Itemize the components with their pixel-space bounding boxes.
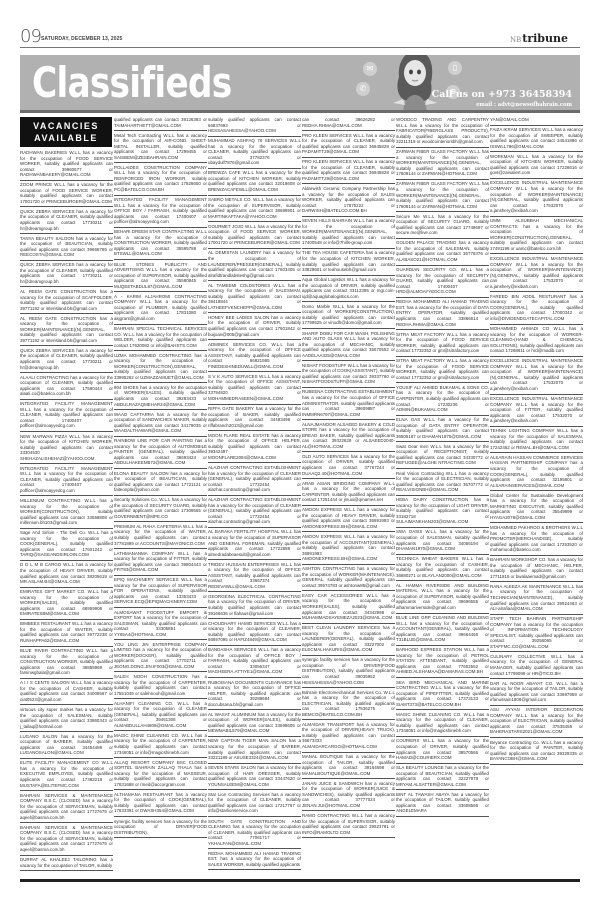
classified-ad: MOON FLARE REAL ESTATE has a vacancy for… — [208, 431, 301, 463]
classified-ad: BINT AL TAWASH ABAYA has a vacancy for t… — [396, 790, 489, 817]
classified-ad: 804 SHOES has a vacancy for the occupati… — [114, 383, 207, 410]
classified-ad: ASU AYYAN INTERIOR DECORATION COMPANY W.… — [490, 706, 583, 738]
classified-ad: REDHA MOHAMMED ALI HAMAD TRADING EST. ha… — [208, 849, 301, 870]
column-5: WOODCO TRADING AND CARPENTRY W.L.L has a… — [396, 117, 489, 873]
classified-ad: AL REEM GATE CONSTRUCTION has a vacancy … — [20, 287, 113, 314]
classified-ad: INTEGRATED FACILITY MANAGEMENT W.L.L has… — [20, 400, 113, 432]
classified-ad: ALHANIFI CLEANING CO. W.L.L has a vacanc… — [114, 699, 207, 731]
call-us-phone: Call us on +973 36458394 — [432, 89, 572, 100]
classified-ad: RANA ALEEZA AK MAINTENANCE W.L.L has a v… — [490, 582, 583, 614]
classified-ad: INTEGRATED FACILITY MANAGEMENT W.L.L has… — [114, 196, 207, 228]
classified-ad: ZARWAN FIBER GLASS FACTORY W.L.L has a v… — [396, 180, 489, 212]
classified-ad: RAINBOW LINE FOR CAR PAINTING has a vaca… — [114, 437, 207, 469]
classified-ad: Security Solutions Co. W.L.L has a vacan… — [114, 496, 207, 523]
envelope-icon: ✉ — [363, 62, 377, 76]
classified-ad: SHARIF DOBU FOR CAR WASH, POLISHING AND … — [302, 329, 395, 361]
classified-ad: SLA BEAUTY LOUNGE has a vacancy for the … — [396, 764, 489, 791]
classified-ad: PRO KLEEN SERVICES W.L.L has a vacancy f… — [302, 131, 395, 158]
classified-ad: Global Center for Sustainable Developmen… — [490, 491, 583, 523]
classified-ad: QUICK ZEBRA SERVICES has a vacancy for t… — [20, 207, 113, 234]
classified-ad: SEVEN HILLS BAHRAIN W.L.L has a vacancy … — [302, 217, 395, 249]
classified-ad: ALMOSAWAT FOODSTUFF EMPORT & EXPORT has … — [114, 608, 207, 640]
classified-ad: MILLENIUM CONTRACTING W.L.L has a vacanc… — [20, 496, 113, 528]
column-6: YAN@GMAIL.COMFAIZA IKRAM SERVICES W.L.L … — [490, 117, 583, 873]
classified-ad: GUARDIAN SECURITY CO. W.L.L has a vacanc… — [396, 266, 489, 298]
classified-ad: MUHAMMAD ASHFAQ 76 SERVICES W.L.L has a … — [208, 137, 301, 169]
classified-ad: BLUE LINE GRP CLEANING AND BUILDING W.L.… — [396, 614, 489, 646]
mobile-icon: ▯ — [448, 61, 462, 75]
logo-prefix: NB — [510, 36, 521, 44]
classified-ad: SOUTH GATE CONSTRUCTION AND CLEANING has… — [208, 817, 301, 849]
classified-ad: RIFFA GATE BAKERY has a vacancy for the … — [208, 405, 301, 432]
classified-ad: BAHRAIN WORKSHOP CO. has a vacancy for t… — [490, 556, 583, 583]
classified-ad: suitably qualified applicants can contac… — [208, 117, 301, 137]
column-1: RADHWAN BAKERIES W.L.L has a vacancy for… — [20, 150, 113, 873]
phone-icon: ✆ — [356, 82, 370, 96]
vacancies-available-label: VACANCIES AVAILABLE — [20, 117, 112, 147]
classified-ad: ARAB ASIAN BRIDGING COMPANY W.L.L has a … — [302, 479, 395, 506]
classified-ad: BEST CLEAN LAUNDRY SERVICES has a vacanc… — [302, 624, 395, 656]
classified-ad: SEA BIRD MECHANICAL AND MARINE CONTRACTI… — [396, 678, 489, 710]
classified-ad: TRIDEV HUSSAIN ENTERPRISES W.L.L has a v… — [208, 560, 301, 592]
classified-ad: SALEH NOOH CONSTRUCTION has a vacancy fo… — [114, 672, 207, 699]
classified-ad: S V K AUTO SERVICES W.L.L has a vacancy … — [208, 372, 301, 404]
classified-ad: EASY CAR ACCESSORIES W.L.L has a vacancy… — [302, 591, 395, 623]
classified-ad: ALAALI CONTRACTING has a vacancy for the… — [20, 373, 113, 400]
classified-ad: TANYA BEAUTY SALOON has a vacancy for th… — [20, 234, 113, 261]
classified-ad: virtuous city super market has a vacancy… — [20, 705, 113, 732]
classified-ad: Bahrain Electromechanical Services Co. W… — [302, 688, 395, 720]
classified-ad: Aqua Global Logistics W.L.L has a vacanc… — [302, 276, 395, 303]
page-header: 09 SATURDAY, DECEMBER 13, 2025 NBtribune — [20, 28, 580, 48]
classified-ad: UZMA MOHAMMED CONTRACTING has a vacancy … — [114, 351, 207, 383]
classified-ad: TECHNICA WHEAT BAKERS W.L.L has a vacanc… — [396, 555, 489, 582]
classified-ad: LUGANO SALON has a vacancy for the occup… — [20, 732, 113, 759]
classified-ad: THE TEA HOUSE CAFETERIA has a vacancy fo… — [302, 249, 395, 276]
classified-ad: YOU LING JIN ENTERPRISE COMPANY LIMITED … — [114, 640, 207, 672]
classified-ad: Real Vision Contracting W.L.L has a vaca… — [396, 469, 489, 496]
classified-ad: DAR AL NOOR ABAYAT CO. W.L.L has a vacan… — [490, 679, 583, 706]
classified-ad: WOODCO TRADING AND CARPENTRY W.L.L has a… — [396, 117, 489, 148]
classified-ad: AMOON EXPRESS W.L.L has a vacancy for th… — [302, 532, 395, 564]
classified-ad: MOHAMMED AHMADI CO W.L.L has a vacancy f… — [490, 325, 583, 357]
classified-ad: AL WASAT ALUMINIUM has a vacancy for the… — [208, 710, 301, 737]
classified-ad: SITRA MEAT FACTORY W.L.L has a vacancy f… — [396, 330, 489, 357]
classified-ad: AL HAMMA RIVERSIDE AND BUILDING MATERIAL… — [396, 581, 489, 613]
classified-ad: LATHMANANMA COMPANY W.L.L has a vacancy … — [114, 549, 207, 576]
classified-ad: BLUE RIVER CONTRACTING W.L.L has a vacan… — [20, 647, 113, 679]
classified-ad: PRO KLEEN SERVICES W.L.L has a vacancy f… — [302, 158, 395, 185]
classified-ad: A - KARIM ALJAHROMI CONTRACTING COMPANY … — [114, 292, 207, 324]
classified-ad: SABRO METALS CO. W.L.L has a vacancy for… — [208, 196, 301, 223]
classified-ad: ALAZHAR CONTRACTING ESTABLISHMENT has a … — [208, 463, 301, 495]
classified-ad: BEHARI DREEM STAR CONTRACTING W.L.L has … — [114, 228, 207, 260]
classified-ad: MAGIC SHINE CLEANING CO. W.L.L has a vac… — [396, 710, 489, 737]
classified-ad: ADMINEX SERVICES CO. W.L.L has a vacancy… — [208, 340, 301, 372]
classified-ad: EPIQ MACHINERY SERVICES W.L.L has a vaca… — [114, 576, 207, 608]
vacancies-label-line1: VACANCIES — [20, 120, 112, 132]
classified-ad: AL TAMEEMI COLDSTORES W.L.L has a vacanc… — [208, 281, 301, 313]
classified-ad: TEHNIK LIGHTING COMPANY W.L.L has a vaca… — [490, 427, 583, 454]
classified-ad: BREWZA CAFE W.L.L has a vacancy for the … — [208, 169, 301, 196]
classified-ad: FAIZA IKRAM SERVICES W.L.L has a vacancy… — [490, 126, 583, 153]
section-title: Classifieds — [32, 58, 231, 107]
classified-ad: EXCELLENCE INDUSTRIAL MAINTENANCE COMPAN… — [490, 395, 583, 427]
classified-ad: NEW MARWAN PIZZA W.L.L has a vacancy for… — [20, 432, 113, 464]
column-4: can contact 38626282 or REDHA.RHMA@GMAIL… — [302, 117, 395, 873]
classified-ad: CHOUDHARY HAMID SERVICES W.L.L has a vac… — [208, 619, 301, 646]
classified-ad: Domo Marble W.L.L has a vacancy for the … — [302, 302, 395, 329]
classified-ad: ZOOM PRINCE W.L.L has a vacancy for the … — [20, 181, 113, 208]
issue-date: SATURDAY, DECEMBER 13, 2025 — [41, 36, 122, 42]
classified-ad: synergic facility services has a vacancy… — [302, 656, 395, 688]
classified-ad: MAGIC SHINE CLEANING CO. W.L.L has a vac… — [114, 731, 207, 758]
classified-ad: PREMIUM AL RAHA CAFETERIA W.L.L has a va… — [114, 522, 207, 549]
classified-ad: Metal Tech Contracting W.L.L has a vacan… — [114, 131, 207, 163]
classified-ad: BIMBEES RESTAURANT W.L.L has a vacancy f… — [20, 620, 113, 647]
classified-ad: EXCELLENCE INDUSTRIAL MAINTENANCE COMPAN… — [490, 357, 583, 395]
classified-ad: NISHAT FOODSTUFF W.L.L has a vacancy for… — [302, 361, 395, 388]
classified-ad: ALAZHAR CONTRACTING ESTABLISHMENT has a … — [208, 496, 301, 528]
classified-ad: AL DEMISTAN LAUNDRY has a vacancy for th… — [208, 249, 301, 281]
classified-ad: ELONA BEAUTY SALOON has a vacancy for th… — [114, 469, 207, 496]
classified-ad: JANAN JUICE & SANDWICH has a vacancy for… — [302, 779, 395, 811]
classified-ad: synergic facility services has a vacancy… — [114, 817, 207, 838]
classified-ad: INTEGRATED FACILITY MANAGEMENT W.L.L has… — [20, 464, 113, 496]
classified-ad: ALTHAMANA RESTAURANT has a vacancy for t… — [114, 790, 207, 817]
classified-ad: D D L M B CARGO W.L.L has a vacancy for … — [20, 561, 113, 588]
classified-ad: Aldarwish Ceramic Company Partnership ha… — [302, 184, 395, 216]
classified-ad: MANAL BOUTIQUE has a vacancy for the occ… — [302, 753, 395, 780]
column-3: suitably qualified applicants can contac… — [208, 117, 301, 873]
classified-ad: REDHA MOHAMMED ALI HAMAD TRADING EST. ha… — [396, 298, 489, 330]
classified-ad: EMIRATES GIFT MARKET CO. W.L.L has a vac… — [20, 588, 113, 620]
classified-ad: BAHRAIN SPECIAL TECHNICAL SERVICES CO. W… — [114, 325, 207, 352]
classified-ad: QUICK ZEBRA SERVICES has a vacancy for t… — [20, 261, 113, 288]
classified-ad: WORKMAN W.L.L has a vacancy for the occu… — [490, 152, 583, 179]
classified-ad: EXCELLENCE INDUSTRIAL MAINTENANCE COMPAN… — [490, 254, 583, 292]
classified-ad: ALNAJMANOOR ALSAEED BAKERY & COLD STORE … — [302, 420, 395, 452]
classified-ad: ASHTON CONTRACTING has a vacancy for the… — [302, 565, 395, 592]
classified-ad: HEBA DAIRY CONSTRUCTION has a vacancy fo… — [396, 496, 489, 528]
classified-ad: WAAD CAFTARRA has a vacancy for the occu… — [114, 410, 207, 437]
classifieds-banner: Classifieds ✉ ✆ ▯ ⊕ Call us on +973 3645… — [20, 55, 580, 113]
classified-ad: GOURMET JOJO W.L.L has a vacancy for the… — [208, 222, 301, 249]
classified-ad: GOLDEN PALACE TRADING has a vacancy for … — [396, 239, 489, 266]
classified-ad: SWA OASIS W.L.L has a vacancy for the oc… — [396, 528, 489, 555]
classified-ad: can contact 38626282 or REDHA.RHMA@GMAIL… — [302, 117, 395, 131]
classified-ad: BARHOOD EXPRESS STATION W.L.L has a vaca… — [396, 646, 489, 678]
classified-ad: OLD AUTO SERVICES has a vacancy for the … — [302, 452, 395, 479]
classified-ad: UMM ALSUBBAH MECHANICAL CONTRACTS has a … — [490, 217, 583, 255]
classified-ad: AL BARAKA FERTILITY HOSPITAL W.L.L has a… — [208, 528, 301, 560]
classified-ad: BANDASHA SERVICES W.L.L has a vacancy fo… — [208, 646, 301, 678]
classified-ad: DURRAT AL KHALEEJ TAILORING has a vacanc… — [20, 856, 113, 872]
classified-ad: AMOON EXPRESS W.L.L has a vacancy for th… — [302, 506, 395, 533]
support-woman-illustration — [389, 55, 441, 113]
classified-ad: BAHRAIN SERVICES & MAINTENANCE COMPANY B… — [20, 823, 113, 855]
classified-ad: qualified applicants can contact 3912638… — [114, 117, 207, 131]
classified-ad: CULINARY COLLECTIVE W.L.L has a vacancy … — [490, 652, 583, 679]
classified-ad: YAN@GMAIL.COM — [490, 117, 583, 126]
page-number: 09 — [20, 26, 41, 47]
classified-ad: Sage And Sirloin - The Deli Co. W.L.L ha… — [20, 529, 113, 561]
classified-ad: ELITE FACILITY MANAGEMENT CO W.L.L has a… — [20, 759, 113, 791]
classified-ad: BAHRAIN SERVICES & MAINTENANCE COMPANY B… — [20, 791, 113, 823]
classified-ad: COURIERX W.L.L has a vacancy for the occ… — [396, 737, 489, 764]
classified-ad: MOHAMMED PAKHROO & BROTHERS W.L.L has a … — [490, 523, 583, 555]
classified-ad: SEVEN STARS SALON has a vacancy for the … — [208, 764, 301, 791]
bottom-divider — [20, 879, 580, 882]
classified-ad: ALSARAIN HASSAN COMMERCE SERVICES HASSAN… — [490, 453, 583, 491]
classified-ad: SITRA MEAT FACTORY W.L.L has a vacancy f… — [396, 357, 489, 384]
classified-ad: STAFF TECH BAHRAIN PARTNERSHIP COMPANY h… — [490, 615, 583, 653]
classified-columns: RADHWAN BAKERIES W.L.L has a vacancy for… — [20, 117, 580, 873]
classified-ad: Secure Me W.L.L has a vacancy for the oc… — [396, 212, 489, 239]
classified-ad: RUBOISANA DOCUMENTS CLEARANCE has a vaca… — [208, 678, 301, 710]
contact-email: email : advt@newsofbahrain.com — [476, 102, 572, 108]
classified-ad: AL REEM GATE CONSTRUCTION has a vacancy … — [20, 314, 113, 346]
classified-ad: RUBEENA CONTRACTING ESTABLISHMENT has a … — [302, 388, 395, 420]
publication-logo: NBtribune — [510, 32, 568, 45]
classified-ad: RADHWAN BAKERIES W.L.L has a vacancy for… — [20, 150, 113, 181]
classified-ad: Swat Gear men W.L.L has a vacancy for th… — [396, 442, 489, 469]
classified-ad: YOUSIF ALI AHMED BUKAMAL & SONS CO. has … — [396, 383, 489, 415]
classified-ad: GEORGEINA ELECTRICAL CONTRACTING has a v… — [208, 592, 301, 619]
column-2: qualified applicants can contact 3912638… — [114, 117, 207, 873]
classified-ad: QUICK ZEBRA SERVICES has a vacancy for t… — [20, 346, 113, 373]
classified-ad: Star Lion Contracting Services has a vac… — [208, 790, 301, 817]
classified-ad: POLLAIDES CONSTRUCTION COMPANY W.L.L has… — [114, 163, 207, 195]
classified-ad: Beyance Contracting Co. W.L.L has a vaca… — [490, 738, 583, 765]
classified-ad: NEW CAPTAIN TIGER MAN SALON has a vacanc… — [208, 737, 301, 764]
logo-text: tribune — [522, 32, 568, 45]
classified-ad: ELNA GAS W.L.L has a vacancy for the occ… — [396, 416, 489, 443]
classified-ad: EXCELLENCE INDUSTRIAL MAINTENANCE COMPAN… — [490, 179, 583, 217]
classified-ad: ALLAQ RESORT COMPANY BSC CLOSED SOFITEL … — [114, 758, 207, 790]
classified-ad: BLUE STONES PUBLICITY AND ADVERTISING W.… — [114, 260, 207, 292]
classified-ad: A I I S CENTS SALOON W.L.L has a vacancy… — [20, 679, 113, 706]
classified-ad: HONEY BEE LADIES SALON has a vacancy for… — [208, 313, 301, 340]
classified-ad: ZARWAN FIBER GLASS FACTORY W.L.L has a v… — [396, 148, 489, 180]
classified-ad: FAREED BIN ADDIL RESTURANT has a vacancy… — [490, 292, 583, 324]
vacancies-label-line2: AVAILABLE — [20, 132, 112, 144]
classified-ad: ALMAIDAR TRANSPORT has a vacancy for the… — [302, 720, 395, 752]
classified-ad: RAMO CONTRACTING W.L.L has a vacancy for… — [302, 811, 395, 838]
